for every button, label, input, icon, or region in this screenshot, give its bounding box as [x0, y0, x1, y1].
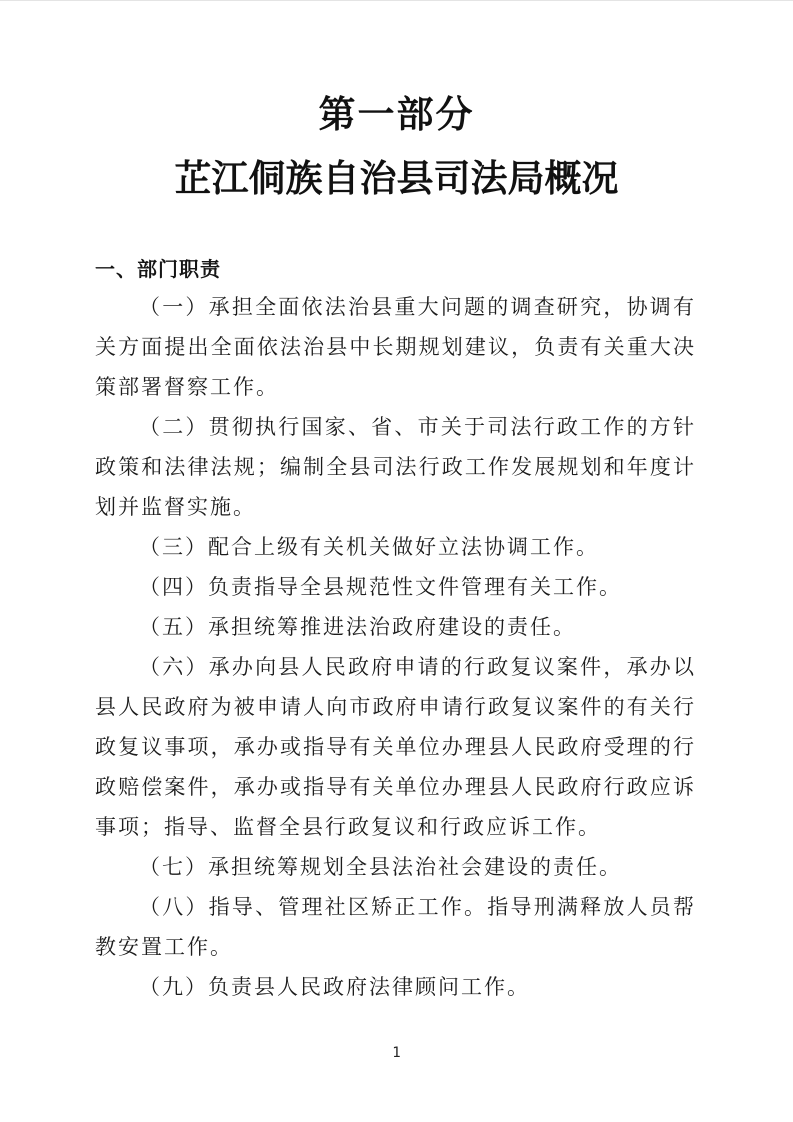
- doc-part-title: 第一部分: [0, 97, 793, 136]
- paragraph-8: （八）指导、管理社区矫正工作。指导刑满释放人员帮教安置工作。: [95, 887, 696, 967]
- paragraph-7: （七）承担统筹规划全县法治社会建设的责任。: [95, 847, 696, 887]
- paragraph-6: （六）承办向县人民政府申请的行政复议案件，承办以县人民政府为被申请人向市政府申请…: [95, 647, 696, 847]
- page-number: 1: [0, 1045, 793, 1061]
- document-page: 第一部分 芷江侗族自治县司法局概况 一、部门职责 （一）承担全面依法治县重大问题…: [0, 0, 793, 1122]
- paragraph-9: （九）负责县人民政府法律顾问工作。: [95, 967, 696, 1007]
- section-heading: 一、部门职责: [95, 259, 696, 281]
- paragraph-3: （三）配合上级有关机关做好立法协调工作。: [95, 527, 696, 567]
- paragraph-2: （二）贯彻执行国家、省、市关于司法行政工作的方针政策和法律法规；编制全县司法行政…: [95, 407, 696, 527]
- title-block: 第一部分 芷江侗族自治县司法局概况: [0, 1, 793, 201]
- document-body: 一、部门职责 （一）承担全面依法治县重大问题的调查研究，协调有关方面提出全面依法…: [95, 259, 696, 1007]
- paragraph-5: （五）承担统筹推进法治政府建设的责任。: [95, 607, 696, 647]
- paragraph-1: （一）承担全面依法治县重大问题的调查研究，协调有关方面提出全面依法治县中长期规划…: [95, 287, 696, 407]
- paragraph-4: （四）负责指导全县规范性文件管理有关工作。: [95, 567, 696, 607]
- doc-main-title: 芷江侗族自治县司法局概况: [0, 160, 793, 201]
